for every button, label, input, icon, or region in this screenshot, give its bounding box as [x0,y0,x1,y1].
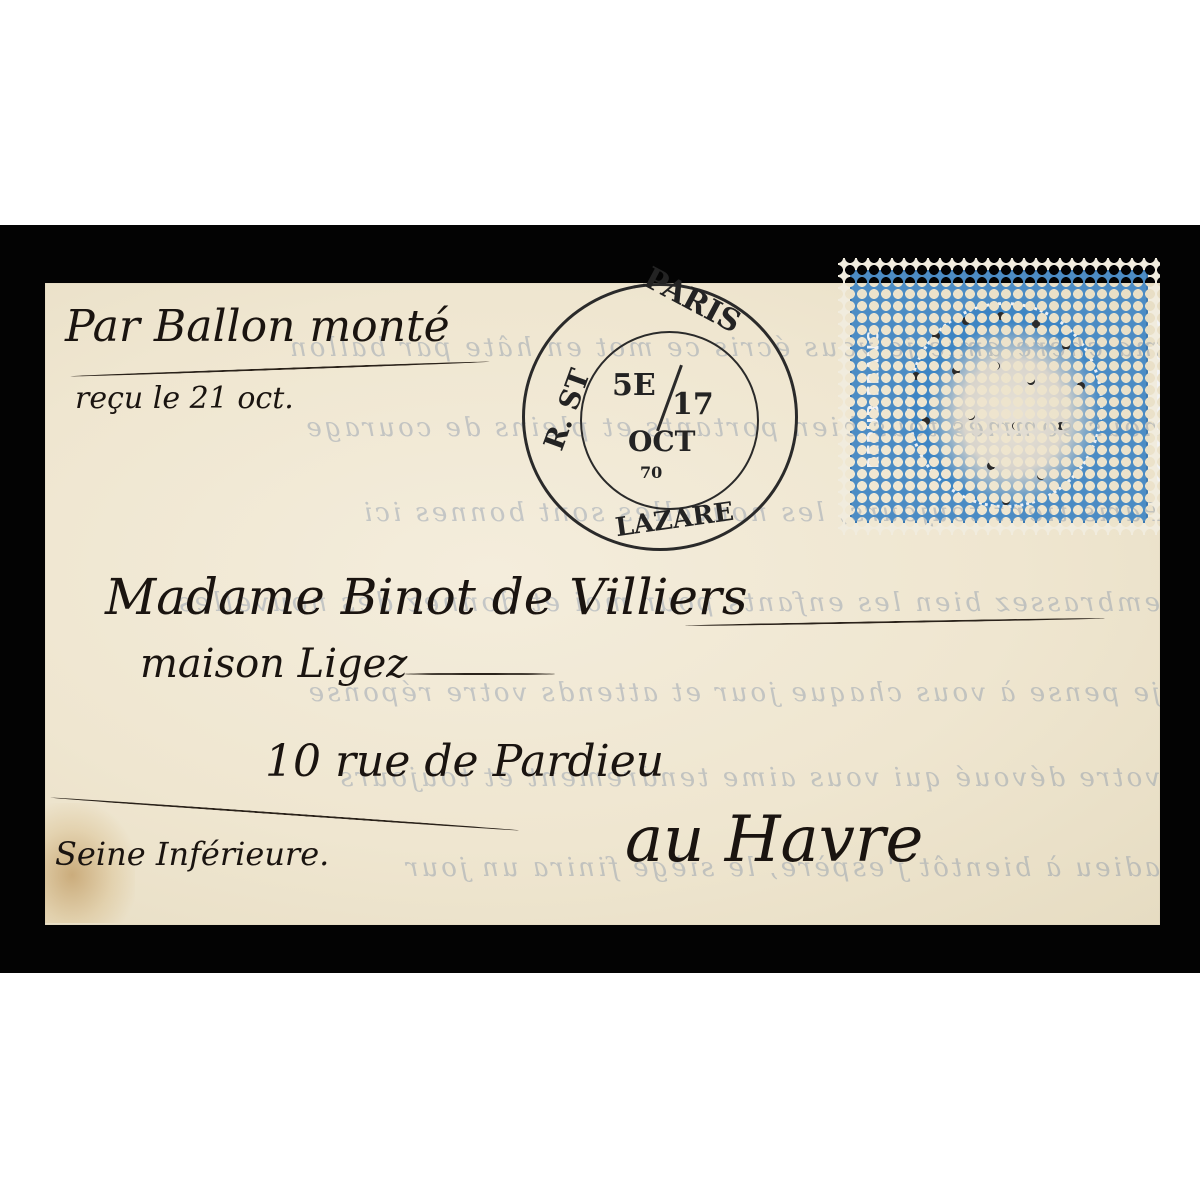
postmark-year: 70 [640,463,662,482]
cancel-dot [942,457,950,465]
cancel-dot [1062,342,1070,350]
cancel-dot [952,367,960,375]
address-flourish [405,673,555,675]
address-line-1: Madame Binot de Villiers [105,568,748,626]
cancel-dot [1057,422,1065,430]
stamp-left-text: REPUB·FRANC [864,330,883,468]
cancel-dot [987,462,995,470]
cancel-dot [1012,422,1020,430]
routing-note: Par Ballon monté [65,301,450,352]
cancel-dot [1037,472,1045,480]
cancel-dot [1032,320,1040,328]
address-line-4: au Havre [625,803,923,877]
postage-stamp: REPUB·FRANC 20·C·POSTE·20·C [838,258,1160,535]
address-flourish [685,617,1105,626]
cancel-dot [992,362,1000,370]
cancel-dot [997,312,1005,320]
cancel-dot [1002,497,1010,505]
cancel-dot [1077,382,1085,390]
cancel-dot [932,332,940,340]
postmark-day: 17 [672,387,714,422]
address-line-3: 10 rue de Pardieu [265,736,664,787]
cancel-dot [967,412,975,420]
cancel-dot [912,372,920,380]
address-line-2: maison Ligez [140,641,407,687]
receipt-note: reçu le 21 oct. [75,381,294,416]
stamp-design: REPUB·FRANC 20·C·POSTE·20·C [850,270,1148,523]
cancel-dot [1027,377,1035,385]
cancel-dot [962,317,970,325]
postmark-inner-ring [580,331,759,510]
postmark-month: OCT [628,425,696,458]
underline-rule [70,361,490,378]
postmark-time: 5E [612,368,656,403]
cancel-dot [922,417,930,425]
lower-left-note: Seine Inférieure. [55,835,329,873]
